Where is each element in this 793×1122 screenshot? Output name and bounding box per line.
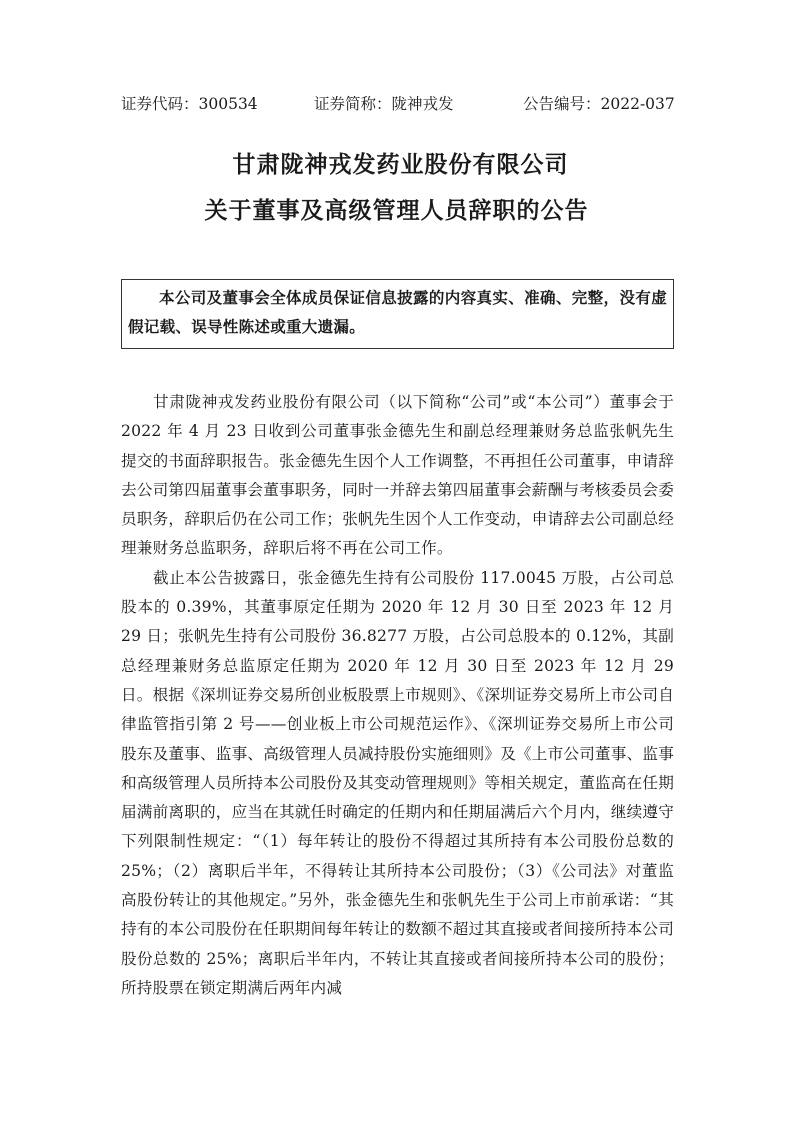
- body-paragraph: 截止本公告披露日，张金德先生持有公司股份 117.0045 万股，占公司总股本的…: [121, 564, 674, 1003]
- announcement-subject: 关于董事及高级管理人员辞职的公告: [0, 194, 793, 228]
- company-title: 甘肃陇神戎发药业股份有限公司: [0, 148, 793, 182]
- body-paragraph: 甘肃陇神戎发药业股份有限公司（以下简称“公司”或“本公司”）董事会于 2022 …: [121, 388, 674, 564]
- disclosure-statement: 本公司及董事会全体成员保证信息披露的内容真实、准确、完整，没有虚假记载、误导性陈…: [128, 284, 667, 342]
- document-page: 证券代码：300534 证券简称：陇神戎发 公告编号：2022-037 甘肃陇神…: [0, 0, 793, 1122]
- announcement-body: 甘肃陇神戎发药业股份有限公司（以下简称“公司”或“本公司”）董事会于 2022 …: [121, 388, 674, 1003]
- stock-abbreviation: 证券简称：陇神戎发: [314, 93, 454, 115]
- announcement-header: 证券代码：300534 证券简称：陇神戎发 公告编号：2022-037: [121, 93, 674, 115]
- announcement-number: 公告编号：2022-037: [523, 93, 675, 115]
- disclosure-statement-box: 本公司及董事会全体成员保证信息披露的内容真实、准确、完整，没有虚假记载、误导性陈…: [121, 279, 674, 349]
- stock-code: 证券代码：300534: [121, 93, 258, 115]
